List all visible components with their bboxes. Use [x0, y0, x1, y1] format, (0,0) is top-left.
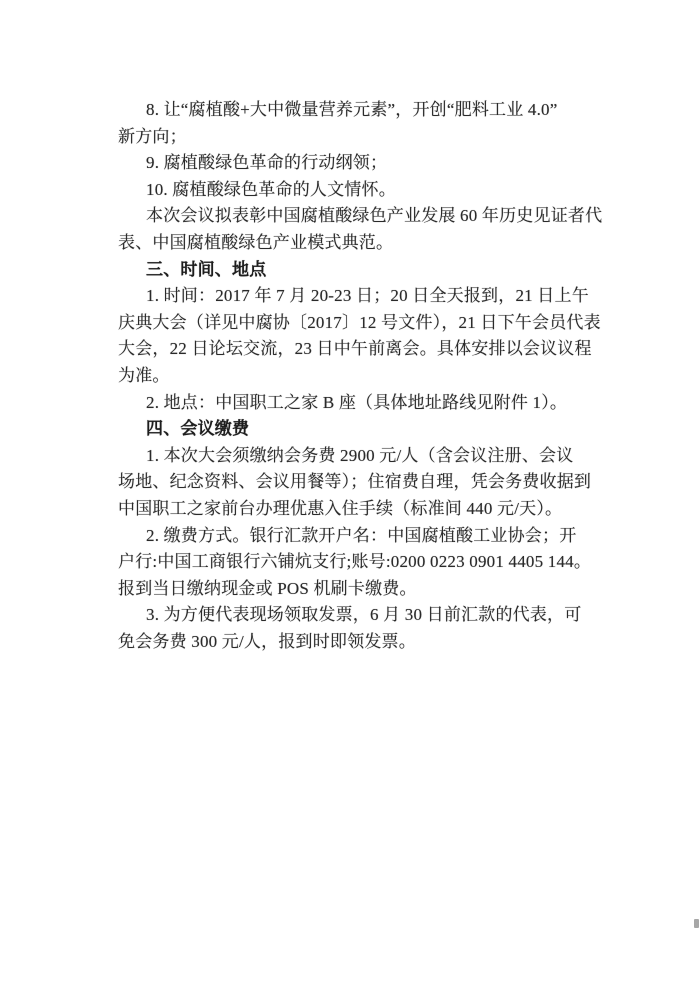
paragraph: 本次会议拟表彰中国腐植酸绿色产业发展 60 年历史见证者代表、中国腐植酸绿色产业… [118, 203, 588, 256]
text-line: 3. 为方便代表现场领取发票，6 月 30 日前汇款的代表，可 [118, 602, 588, 629]
paragraph: 8. 让“腐植酸+大中微量营养元素”，开创“肥料工业 4.0”新方向； [118, 97, 588, 150]
text-line: 新方向； [118, 124, 588, 151]
text-line: 9. 腐植酸绿色革命的行动纲领； [118, 150, 588, 177]
text-line: 表、中国腐植酸绿色产业模式典范。 [118, 230, 588, 257]
paragraph: 3. 为方便代表现场领取发票，6 月 30 日前汇款的代表，可免会务费 300 … [118, 602, 588, 655]
text-line: 2. 地点：中国职工之家 B 座（具体地址路线见附件 1）。 [118, 390, 588, 417]
text-line: 1. 本次大会须缴纳会务费 2900 元/人（含会议注册、会议 [118, 443, 588, 470]
text-line: 为准。 [118, 363, 588, 390]
document-page: 8. 让“腐植酸+大中微量营养元素”，开创“肥料工业 4.0”新方向；9. 腐植… [0, 0, 700, 990]
text-line: 场地、纪念资料、会议用餐等）；住宿费自理，凭会务费收据到 [118, 469, 588, 496]
paragraph: 10. 腐植酸绿色革命的人文情怀。 [118, 177, 588, 204]
paragraph: 1. 时间：2017 年 7 月 20-23 日；20 日全天报到，21 日上午… [118, 283, 588, 389]
text-line: 户行:中国工商银行六铺炕支行;账号:0200 0223 0901 4405 14… [118, 549, 588, 576]
text-line: 1. 时间：2017 年 7 月 20-23 日；20 日全天报到，21 日上午 [118, 283, 588, 310]
section-heading: 四、会议缴费 [118, 416, 588, 443]
scan-artifact [694, 919, 699, 928]
text-line: 四、会议缴费 [118, 416, 588, 443]
text-line: 本次会议拟表彰中国腐植酸绿色产业发展 60 年历史见证者代 [118, 203, 588, 230]
text-line: 三、时间、地点 [118, 257, 588, 284]
text-line: 10. 腐植酸绿色革命的人文情怀。 [118, 177, 588, 204]
text-line: 8. 让“腐植酸+大中微量营养元素”，开创“肥料工业 4.0” [118, 97, 588, 124]
text-line: 中国职工之家前台办理优惠入住手续（标准间 440 元/天）。 [118, 496, 588, 523]
section-heading: 三、时间、地点 [118, 257, 588, 284]
text-line: 报到当日缴纳现金或 POS 机刷卡缴费。 [118, 576, 588, 603]
text-line: 2. 缴费方式。银行汇款开户名：中国腐植酸工业协会；开 [118, 523, 588, 550]
paragraph: 2. 地点：中国职工之家 B 座（具体地址路线见附件 1）。 [118, 390, 588, 417]
document-body: 8. 让“腐植酸+大中微量营养元素”，开创“肥料工业 4.0”新方向；9. 腐植… [118, 97, 588, 655]
paragraph: 9. 腐植酸绿色革命的行动纲领； [118, 150, 588, 177]
paragraph: 2. 缴费方式。银行汇款开户名：中国腐植酸工业协会；开户行:中国工商银行六铺炕支… [118, 523, 588, 603]
text-line: 免会务费 300 元/人，报到时即领发票。 [118, 629, 588, 656]
text-line: 大会，22 日论坛交流，23 日中午前离会。具体安排以会议议程 [118, 336, 588, 363]
text-line: 庆典大会（详见中腐协〔2017〕12 号文件），21 日下午会员代表 [118, 310, 588, 337]
paragraph: 1. 本次大会须缴纳会务费 2900 元/人（含会议注册、会议场地、纪念资料、会… [118, 443, 588, 523]
